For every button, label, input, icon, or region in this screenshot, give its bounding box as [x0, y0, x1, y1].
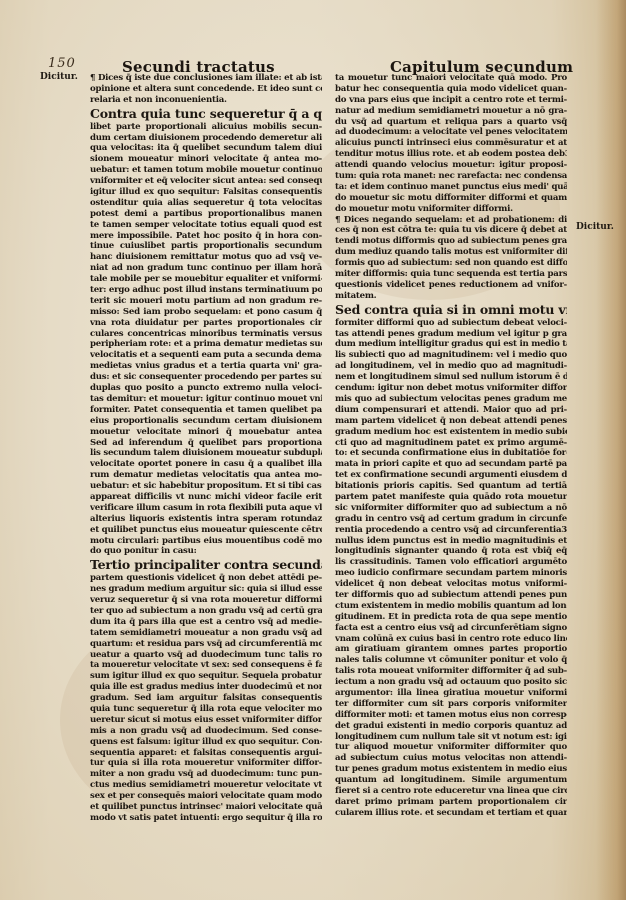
text-line: igitur illud ex quo sequitur: Falsitas c… — [90, 187, 322, 198]
text-line: quia tunc sequeretur q̄ illa rota eque v… — [90, 704, 322, 715]
text-line: nes gradum medium arguitur sic: quia si … — [90, 584, 322, 595]
text-line: quia ille est gradus medius inter duodec… — [90, 682, 322, 693]
text-line: alterius liquoris existentis intra spera… — [90, 514, 322, 525]
text-line: gradum medium hoc est existentem in medi… — [335, 427, 567, 438]
text-line: terit sic moueri motu partium ad non gra… — [90, 296, 322, 307]
text-line: quantum ad longitudinem. Simile argument… — [335, 775, 567, 786]
text-line: vna rota diuidatur per partes proportion… — [90, 318, 322, 329]
text-line: questionis videlicet penes reductionem a… — [335, 280, 567, 291]
text-line: argumentor: illa linea giratiua mouetur … — [335, 688, 567, 699]
text-line: ostenditur quia alias sequeretur q̄ tota… — [90, 198, 322, 209]
text-line: qua velocitas: ita q̄ quelibet secundum … — [90, 143, 322, 154]
text-line: alicuius puncti intrinseci eius commēsur… — [335, 138, 567, 149]
text-line: sic vniformiter difformiter quo ad subie… — [335, 503, 567, 514]
text-line: veruz sequeretur q̄ si vna rota moueretu… — [90, 595, 322, 606]
text-line: tur quia si illa rota moueretur vniformi… — [90, 758, 322, 769]
text-line: appareat difficilis vt nunc michi videor… — [90, 492, 322, 503]
text-line: sum igitur illud ex quo sequitur. Sequel… — [90, 671, 322, 682]
text-line: ter difformiter cum sit pars corporis vn… — [335, 699, 567, 710]
margin-note-left: Dicitur. — [40, 72, 78, 82]
text-line: ctus medius semidiametri moueretur veloc… — [90, 780, 322, 791]
text-line: mis quo ad subiectum velocitas penes gra… — [335, 394, 567, 405]
text-line: vnam colūnā ex cuius basi in centro rote… — [335, 634, 567, 645]
text-line: tur penes gradum motus existentem in med… — [335, 764, 567, 775]
text-line: fieret si a centro rote educeretur vna l… — [335, 786, 567, 797]
text-line: mere impossibile. Patet hoc posito q̄ in… — [90, 231, 322, 242]
text-line: ¶ Dices q̄ iste due conclusiones iam ill… — [90, 73, 322, 84]
text-line: velocitatis et a sequenti eam puta a sec… — [90, 350, 322, 361]
text-line: dum mediuz quando talis motus est vnifor… — [335, 247, 567, 258]
text-line: longitudinem cum nullum tale sit vt notu… — [335, 732, 567, 743]
text-line: nem et longitudinem simul sed nullum ist… — [335, 372, 567, 383]
text-line: formis quo ad subiectum: sed non quando … — [335, 258, 567, 269]
text-line: sionem moueatur minori velocitate q̄ ant… — [90, 154, 322, 165]
text-line: lis secundum talem diuisionem moueatur s… — [90, 448, 322, 459]
text-line: det gradui existenti in medio corporis q… — [335, 721, 567, 732]
text-line: lis crassitudinis. Tamen volo efficatior… — [335, 557, 567, 568]
margin-note-right: Dicitur. — [576, 222, 614, 232]
text-line: do mouetur sic motu difformiter difformi… — [335, 193, 567, 204]
text-line: to: et secunda confirmatione eius in dub… — [335, 448, 567, 459]
text-line: ta: et idem continuo manet punctus eius … — [335, 182, 567, 193]
text-line: dum ita q̄ pars illa que est a centro vs… — [90, 617, 322, 628]
text-line: cularem illius rote. et secundam et tert… — [335, 808, 567, 819]
text-line: attendi quando velocius mouetur: igitur … — [335, 160, 567, 171]
text-line: gradum. Sed iam arguitur falsitas conseq… — [90, 693, 322, 704]
text-line: cti quo ad magnitudinem patet ex primo a… — [335, 438, 567, 449]
text-line: tinue cuiuslibet partis proportionalis s… — [90, 241, 322, 252]
text-line: partem questionis videlicet q̄ non debet… — [90, 573, 322, 584]
section-heading-line: Contra quia tunc sequeretur q̄ a qua — [90, 106, 322, 122]
text-line: peripheriam rote: et a prima dematur med… — [90, 339, 322, 350]
text-line: motu circulari: partibus eius mouentibus… — [90, 536, 322, 547]
text-line: tas attendi penes gradum medium vel igit… — [335, 329, 567, 340]
text-line: tendi motus difformis quo ad subiectum p… — [335, 236, 567, 247]
text-line: am giratiuam girantem omnes partes propo… — [335, 644, 567, 655]
text-line: formiter. Patet consequentia et tamen qu… — [90, 405, 322, 416]
text-line: sequentia apparet: et falsitas consequen… — [90, 748, 322, 759]
text-line: do vna pars eius que incipit a centro ro… — [335, 95, 567, 106]
text-line: mam partem videlicet q̄ non debeat atten… — [335, 416, 567, 427]
text-line: medietas vnius gradus et a tertia quarta… — [90, 361, 322, 372]
text-line: natur ad medium semidiametri mouetur a n… — [335, 106, 567, 117]
text-line: niat ad non gradum tunc continuo per ill… — [90, 263, 322, 274]
text-line: batur hec consequentia quia modo videlic… — [335, 84, 567, 95]
text-line: ta mouetur tunc maiori velocitate quā mo… — [335, 73, 567, 84]
text-line: dium compensurari et attendi. Maior quo … — [335, 405, 567, 416]
text-line: facta est a centro eius vsq̄ ad circunfe… — [335, 623, 567, 634]
text-line: verificare illum casum in rota flexibili… — [90, 503, 322, 514]
text-line: tenditur motus illius rote. et ab eodem … — [335, 149, 567, 160]
text-line: duplas quo posito a puncto extremo nulla… — [90, 383, 322, 394]
text-line: dus: et sic consequenter procedendo per … — [90, 372, 322, 383]
text-line: Sed ad inferendum q̄ quelibet pars propo… — [90, 438, 322, 449]
text-line: cendum: igitur non debet motus vniformit… — [335, 383, 567, 394]
text-line: rum dematur medietas velocitatis qua ant… — [90, 470, 322, 481]
text-line: bitationis prioris capitis. Sed quantum … — [335, 481, 567, 492]
text-line: ces q̄ non est cōtra te: quia tu vis dic… — [335, 225, 567, 236]
text-line: ter: ergo adhuc post illud instans termi… — [90, 285, 322, 296]
text-line: potest demi a partibus proportionalibus … — [90, 209, 322, 220]
text-line: relaria et non inconuenientia. — [90, 95, 322, 106]
text-line: mis a non gradu vsq̄ ad duodecimum. Sed … — [90, 726, 322, 737]
text-line: sex et per consequēs maiori velocitate q… — [90, 791, 322, 802]
text-line: miter difformis: quia tunc sequenda est … — [335, 269, 567, 280]
text-line: gradu in centro vsq̄ ad certum gradum in… — [335, 514, 567, 525]
text-line: do mouetur motu vniformiter difformi. — [335, 204, 567, 215]
text-line: formiter difformi quo ad subiectum debea… — [335, 318, 567, 329]
text-line: ad longitudinem, vel in medio quo ad mag… — [335, 361, 567, 372]
text-line: tas demitur: et mouetur: igitur continuo… — [90, 394, 322, 405]
text-line: uebatur: et tamen totum mobile mouetur c… — [90, 165, 322, 176]
text-line: ctum existentem in medio mobilis quantum… — [335, 601, 567, 612]
text-line: quens est falsum: igitur illud ex quo se… — [90, 737, 322, 748]
text-column-left: ¶ Dices q̄ iste due conclusiones iam ill… — [90, 73, 322, 824]
text-line: ueretur sicut si motus eius esset vnifor… — [90, 715, 322, 726]
text-line: quartum: et residua pars vsq̄ ad circumf… — [90, 639, 322, 650]
text-line: ad subiectum cuius motus velocitas non a… — [335, 753, 567, 764]
text-line: hanc diuisionem remittatur motus quo ad … — [90, 252, 322, 263]
text-line: meo iudicio confirmare secundam partem m… — [335, 568, 567, 579]
text-column-right: ta mouetur tunc maiori velocitate quā mo… — [335, 73, 567, 819]
text-line: tum: quia rota manet: nec rarefacta: nec… — [335, 171, 567, 182]
text-line: eius proportionalis secundum certam diui… — [90, 416, 322, 427]
text-line: gitudinem. Et in predicta rota de qua se… — [335, 612, 567, 623]
text-line: dum medium intelligitur gradus qui est i… — [335, 339, 567, 350]
text-line: difformiter moti: et tamen motus eius no… — [335, 710, 567, 721]
text-line: tale mobile per se mouebitur equaliter e… — [90, 274, 322, 285]
text-line: tet ex confirmatione secundi argumenti e… — [335, 470, 567, 481]
text-line: ter difformis quo ad subiectum attendi p… — [335, 590, 567, 601]
text-line: ueatur a quarto vsq̄ ad duodecimum tunc … — [90, 650, 322, 661]
text-line: libet parte proportionali alicuius mobil… — [90, 122, 322, 133]
text-line: dum certam diuisionem procedendo demeret… — [90, 133, 322, 144]
text-line: longitudinis signanter quando q̄ rota es… — [335, 546, 567, 557]
text-line: iectum a non gradu vsq̄ ad octauum quo p… — [335, 677, 567, 688]
text-line: et quilibet punctus intrinsec' maiori ve… — [90, 802, 322, 813]
text-line: uebatur: et sic habebitur propositum. Et… — [90, 481, 322, 492]
text-line: nales talis columne vt cōmuniter ponitur… — [335, 655, 567, 666]
text-line: tur aliquod mouetur vniformiter difformi… — [335, 742, 567, 753]
text-line: vniformiter et eq̄ velociter sicut antea… — [90, 176, 322, 187]
text-line: opinione et altera sunt concedende. Et i… — [90, 84, 322, 95]
text-line: et quilibet punctus eius moueatur quiesc… — [90, 525, 322, 536]
text-line: videlicet q̄ non debeat velocitas motus … — [335, 579, 567, 590]
book-page: 150 Secundi tractatus Capitulum secundum… — [0, 0, 626, 900]
text-line: rentia procedendo a centro vsq̄ ad circu… — [335, 525, 567, 536]
text-line: miter a non gradu vsq̄ ad duodecimum: tu… — [90, 769, 322, 780]
text-line: modo vt satis patet intuenti: ergo sequi… — [90, 813, 322, 824]
text-line: ter quo ad subiectum a non gradu vsq̄ ad… — [90, 606, 322, 617]
text-line: daret primo primam partem proportionalem… — [335, 797, 567, 808]
text-line: te tamen semper velocitate totius equali… — [90, 220, 322, 231]
text-line: misso: Sed iam probo sequelam: et pono c… — [90, 307, 322, 318]
text-line: velocitate oportet ponere in casu q̄ a q… — [90, 459, 322, 470]
text-line: culares concentricas minoribus terminati… — [90, 329, 322, 340]
text-line: mouetur velocitate minori q̄ mouebatur a… — [90, 427, 322, 438]
folio-number: 150 — [48, 56, 76, 71]
text-line: mitatem. — [335, 291, 567, 302]
text-line: mata in priori capite et quo ad secundam… — [335, 459, 567, 470]
text-line: lis subiecti quo ad magnitudinem: vel i … — [335, 350, 567, 361]
page-edge-shadow — [596, 0, 626, 900]
text-line: nullus idem punctus est in medio magnitu… — [335, 536, 567, 547]
text-line: tatem semidiametri moueatur a non gradu … — [90, 628, 322, 639]
section-heading-line: Sed contra quia si in omni motu vni — [335, 302, 567, 318]
text-line: ¶ Dices negando sequelam: et ad probatio… — [335, 215, 567, 226]
text-line: du vsq̄ ad quartum et reliqua pars a qua… — [335, 117, 567, 128]
text-line: talis rota moueat vniformiter difformite… — [335, 666, 567, 677]
section-heading-line: Tertio principaliter contra secundaz — [90, 557, 322, 573]
text-line: partem patet manifeste quia quādo rota m… — [335, 492, 567, 503]
text-line: ta moueretur velocitate vt sex: sed cons… — [90, 660, 322, 671]
text-line: ad duodecimum: a velocitate vel penes ve… — [335, 127, 567, 138]
text-line: do quo ponitur in casu: — [90, 546, 322, 557]
